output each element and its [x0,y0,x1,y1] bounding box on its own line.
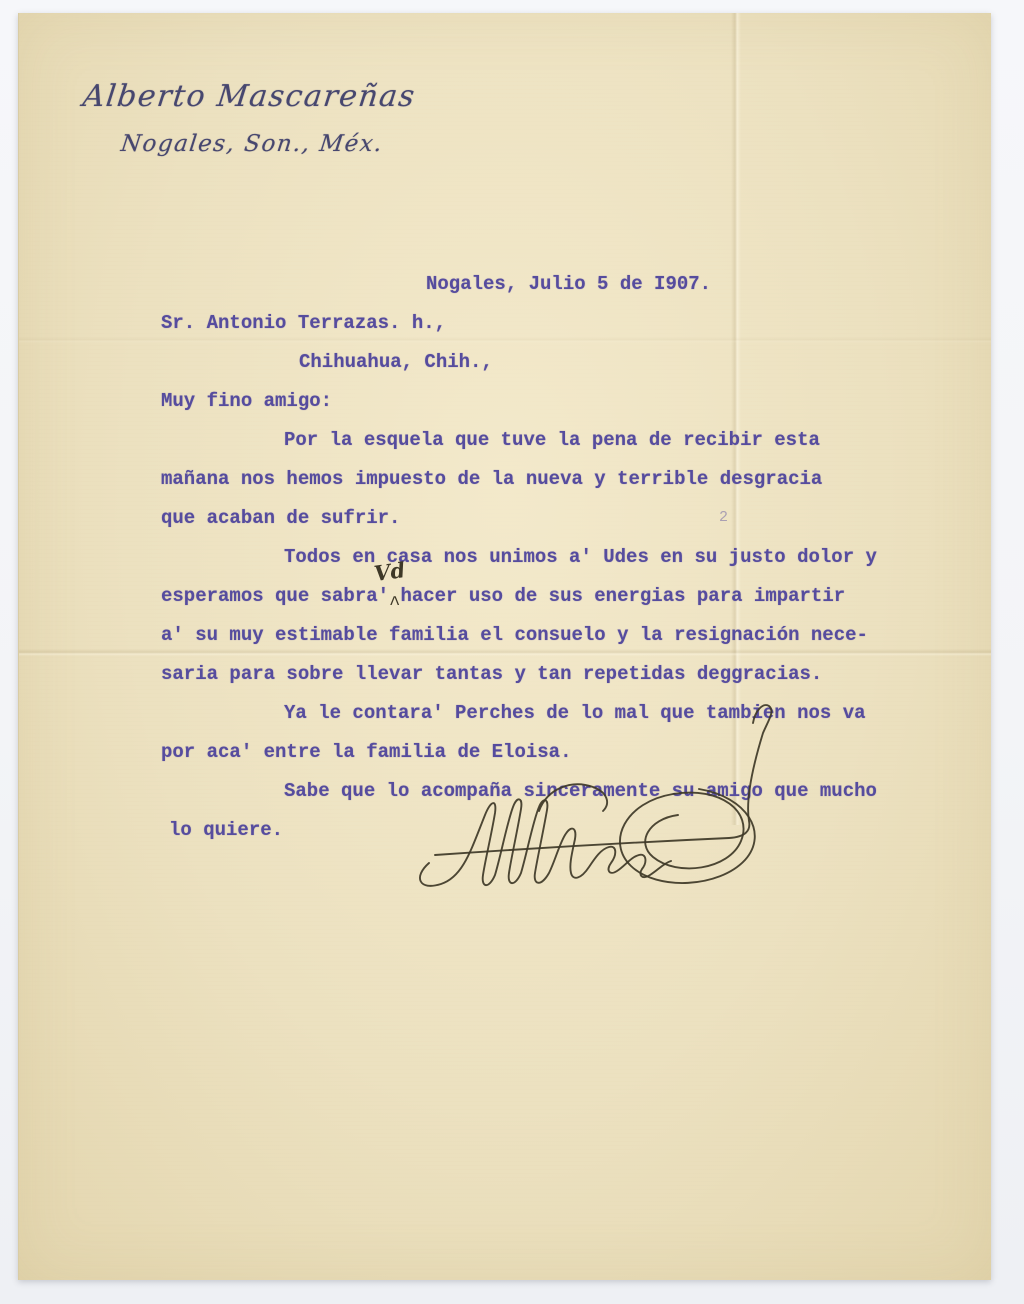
paragraph1-line1: Por la esquela que tuve la pena de recib… [161,421,951,460]
paragraph2-line3: a' su muy estimable familia el consuelo … [161,616,951,655]
salutation-line: Muy fino amigo: [161,382,951,421]
date-line: Nogales, Julio 5 de I907. [161,265,951,304]
paragraph1-line3: que acaban de sufrir. [161,499,951,538]
paragraph2-line1: Todos en casa nos unimos a' Udes en su j… [161,538,951,577]
signature-strike-and-ascender [435,705,771,855]
recipient-name-line: Sr. Antonio Terrazas. h., [161,304,951,343]
paragraph1-line2: mañana nos hemos impuesto de la nueva y … [161,460,951,499]
paragraph2-line2: esperamos que sabra'^hacer uso de sus en… [161,577,951,616]
handwritten-insertion: Vd [373,559,407,584]
letterhead-location: Nogales, Son., Méx. [119,131,384,157]
insertion-caret: ^ [389,593,400,615]
paragraph2-line2-after: hacer uso de sus energias para impartir [400,585,845,607]
paragraph2-line4: saria para sobre llevar tantas y tan rep… [161,655,951,694]
signature-cap-arc [539,784,607,811]
letter-page: Alberto Mascareñas Nogales, Son., Méx. N… [18,13,991,1280]
signature-flourish [401,695,801,910]
stray-pencil-mark: 2 [719,509,728,526]
signature-oval-loop [620,789,755,883]
scanned-letter-screenshot: { "colors": { "page_background": "#f4f5f… [0,0,1024,1304]
recipient-city-line: Chihuahua, Chih., [161,343,951,382]
paragraph2-line2-before: esperamos que sabra' [161,585,389,607]
letterhead-name: Alberto Mascareñas [81,79,418,114]
